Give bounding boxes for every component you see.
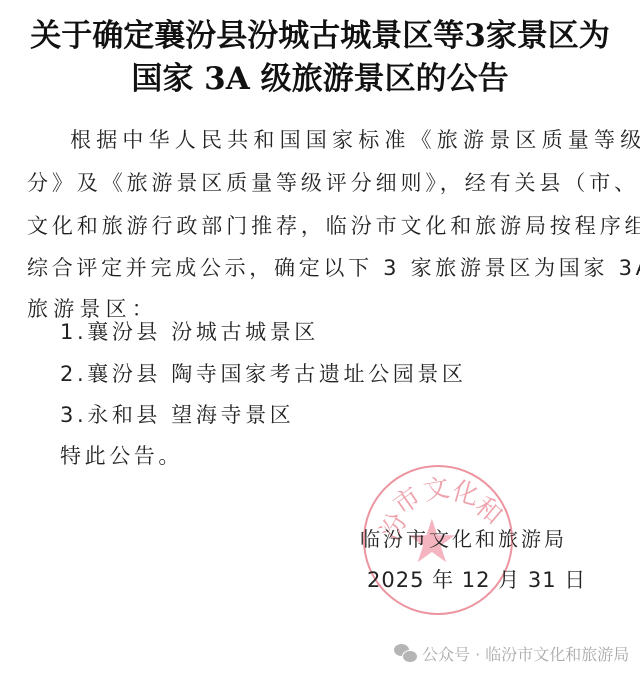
list-item: 2.襄汾县 陶寺国家考古遗址公园景区 [60,358,467,388]
signature-date: 2025 年 12 月 31 日 [367,564,586,594]
body-line: 综合评定并完成公示，确定以下 3 家旅游景区为国家 3A 级 [27,252,640,282]
document-title-line-2: 国家 3A 级旅游景区的公告 [0,53,640,98]
list-item: 1.襄汾县 汾城古城景区 [60,316,319,346]
body-line: 文化和旅游行政部门推荐，临汾市文化和旅游局按程序组织 [27,210,640,240]
body-line: 根据中华人民共和国国家标准《旅游景区质量等级划 [70,124,640,154]
closing-text: 特此公告。 [60,440,183,470]
signature-organization: 临汾市文化和旅游局 [360,523,567,552]
watermark-text: 公众号 · 临汾市文化和旅游局 [422,642,629,665]
wechat-watermark: 公众号 · 临汾市文化和旅游局 [394,642,629,664]
list-item: 3.永和县 望海寺景区 [60,399,294,429]
body-line: 分》及《旅游景区质量等级评分细则》，经有关县（市、区） [27,167,640,197]
seal-text: 文 [420,467,452,508]
document-title-line-1: 关于确定襄汾县汾城古城景区等3家景区为 [0,10,640,55]
wechat-icon [394,643,418,663]
